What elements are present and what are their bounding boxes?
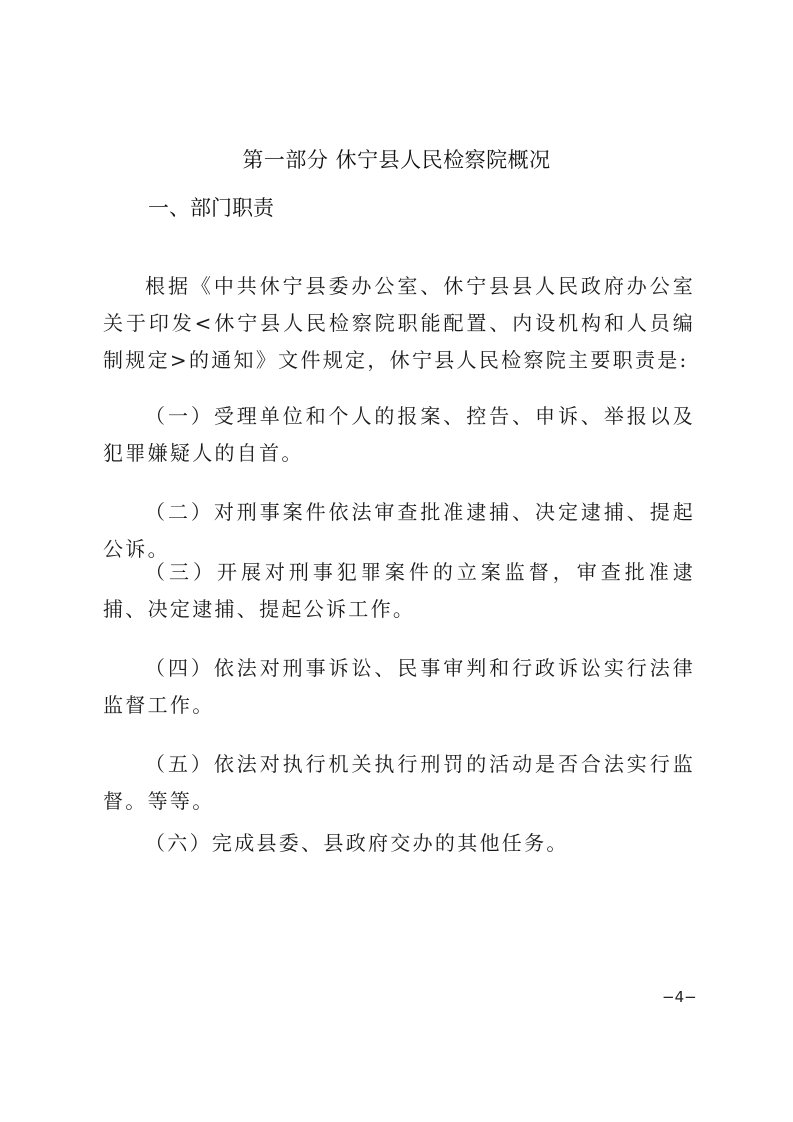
duty-item-5: （五）依法对执行机关执行刑罚的活动是否合法实行监督。等等。 (103, 746, 695, 820)
page-number: −4− (662, 988, 697, 1006)
duty-item-6: （六）完成县委、县政府交办的其他任务。 (103, 825, 695, 862)
duty-item-4: （四）依法对刑事诉讼、民事审判和行政诉讼实行法律监督工作。 (103, 650, 695, 724)
page-title: 第一部分 休宁县人民检察院概况 (0, 144, 793, 174)
duty-item-1: （一）受理单位和个人的报案、控告、申诉、举报以及犯罪嫌疑人的自首。 (103, 398, 695, 472)
intro-paragraph: 根据《中共休宁县委办公室、休宁县县人民政府办公室关于印发<休宁县人民检察院职能配… (103, 268, 695, 379)
section-heading: 一、部门职责 (148, 192, 274, 222)
document-page: 第一部分 休宁县人民检察院概况 一、部门职责 根据《中共休宁县委办公室、休宁县县… (0, 0, 793, 1122)
duty-item-3: （三）开展对刑事犯罪案件的立案监督，审查批准逮捕、决定逮捕、提起公诉工作。 (103, 554, 695, 628)
